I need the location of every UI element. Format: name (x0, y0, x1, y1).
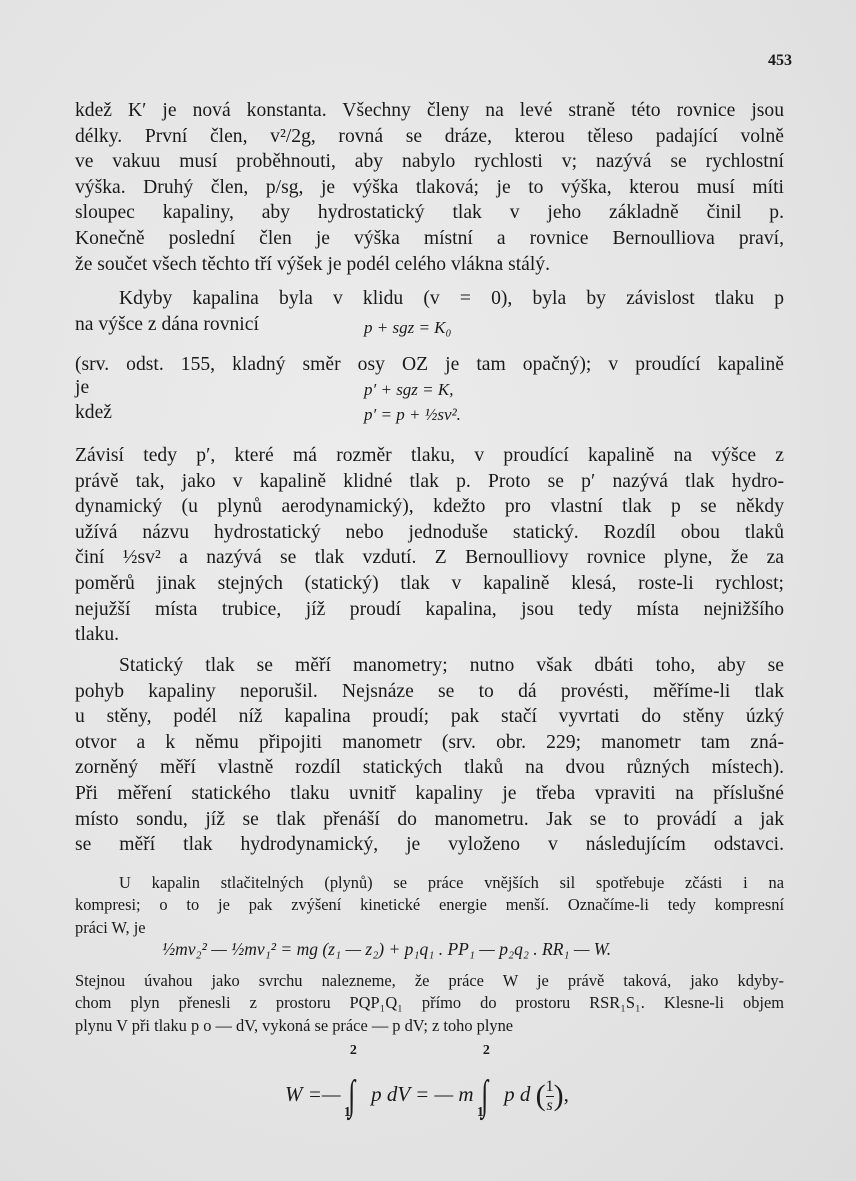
equation-3: p′ = p + ½sv². (364, 405, 461, 425)
lower-limit: 1 (344, 1105, 351, 1121)
text-line: že součet všech těchto tří výšek je podé… (75, 252, 784, 278)
text-line: chom plyn přenesli z prostoru PQP₁Q₁ pří… (75, 992, 784, 1014)
upper-limit: 2 (350, 1043, 357, 1059)
text-line: Konečně poslední člen je výška místní a … (75, 226, 784, 252)
equation-5: W =— ∫ 2 1 p dV = — m ∫ 2 1 p d (1s), (285, 1075, 569, 1117)
text-line: Při měření statického tlaku uvnitř kapal… (75, 781, 784, 807)
fraction-numerator: 1 (546, 1078, 554, 1097)
equation-1: p + sgz = K₀ (364, 318, 451, 338)
text-line: nejužší místa trubice, jíž proudí kapali… (75, 597, 784, 623)
equation-2: p′ + sgz = K, (364, 380, 453, 400)
document-page: 453 kdež K′ je nová konstanta. Všechny č… (0, 0, 856, 1181)
text-line: ve vakuu musí proběhnouti, aby nabylo ry… (75, 149, 784, 175)
paragraph-4: Statický tlak se měří manometry; nutno v… (75, 653, 784, 858)
text-line: činí ½sv² a nazývá se tlak vzdutí. Z Ber… (75, 545, 784, 571)
text-line: kompresi; o to je pak zvýšení kinetické … (75, 894, 784, 916)
text-line: práci W, je (75, 917, 784, 939)
text-line: pohyb kapaliny neporušil. Nejsnáze se to… (75, 679, 784, 705)
text-line: užívá názvu hydrostatický nebo jednoduše… (75, 520, 784, 546)
text-line: plynu V při tlaku p o — dV, vykoná se pr… (75, 1015, 784, 1037)
paragraph-2b: (srv. odst. 155, kladný směr osy OZ je t… (75, 352, 784, 378)
label-kdez: kdež (75, 402, 112, 424)
text-line: U kapalin stlačitelných (plynů) se práce… (75, 872, 784, 894)
text-line: kdež K′ je nová konstanta. Všechny členy… (75, 98, 784, 124)
eq-lhs: W = (285, 1082, 322, 1106)
small-paragraph-2: Stejnou úvahou jako svrchu nalezneme, že… (75, 970, 784, 1037)
paragraph-1: kdež K′ je nová konstanta. Všechny členy… (75, 98, 784, 277)
text-line: otvor a k němu připojiti manometr (srv. … (75, 730, 784, 756)
text-line: Stejnou úvahou jako svrchu nalezneme, že… (75, 970, 784, 992)
text-line: sloupec kapaliny, aby hydrostatický tlak… (75, 200, 784, 226)
text-line: dynamický (u plynů aerodynamický), kdežt… (75, 494, 784, 520)
text-line: poměrů jinak stejných (statický) tlak v … (75, 571, 784, 597)
text-line: (srv. odst. 155, kladný směr osy OZ je t… (75, 352, 784, 378)
equation-4: ½mv₂² — ½mv₁² = mg (z₁ — z₂) + p₁q₁ . PP… (162, 939, 611, 960)
text-line: u stěny, podél níž kapalina proudí; pak … (75, 704, 784, 730)
text-line: Závisí tedy p′, které má rozměr tlaku, v… (75, 443, 784, 469)
label-je: je (75, 377, 89, 399)
paragraph-3: Závisí tedy p′, které má rozměr tlaku, v… (75, 443, 784, 648)
text-line: výška. Druhý člen, p/sg, je výška tlakov… (75, 175, 784, 201)
text-line: místo sondu, jíž se tlak přenáší do mano… (75, 807, 784, 833)
text-line: právě tak, jako v kapalině klidné tlak p… (75, 469, 784, 495)
fraction-denominator: s (546, 1097, 554, 1115)
text-line: se měří tlak hydrodynamický, je vyloženo… (75, 832, 784, 858)
text-line: Statický tlak se měří manometry; nutno v… (75, 653, 784, 679)
page-number: 453 (768, 52, 792, 70)
text-line: délky. První člen, v²/2g, rovná se dráze… (75, 124, 784, 150)
text-line: zorněný měří vlastně rozdíl statických t… (75, 755, 784, 781)
text-line: Kdyby kapalina byla v klidu (v = 0), byl… (75, 286, 784, 312)
text-line: tlaku. (75, 622, 784, 648)
small-paragraph-1: U kapalin stlačitelných (plynů) se práce… (75, 872, 784, 939)
